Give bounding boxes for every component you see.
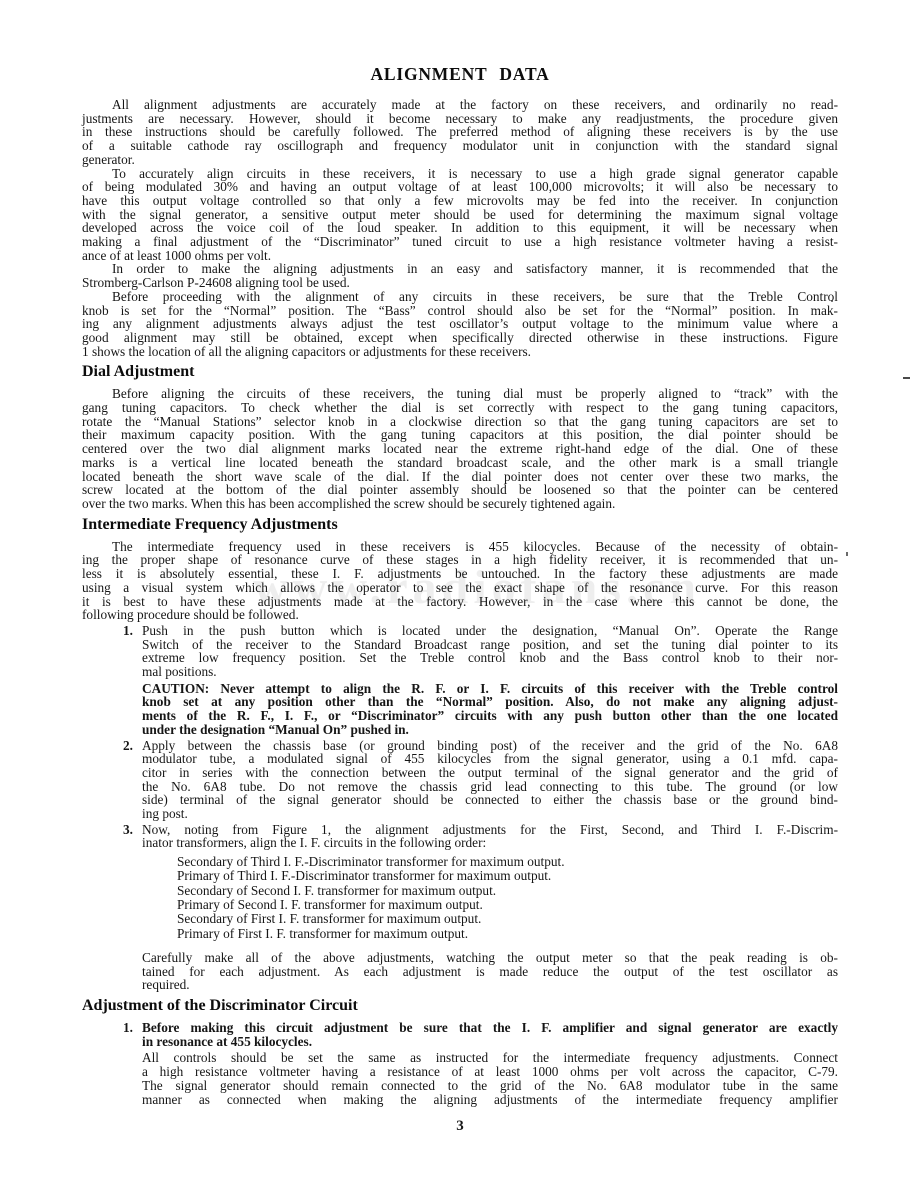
list-number: 2.	[123, 739, 133, 753]
numbered-item: 1.Push in the push button which is locat…	[82, 624, 838, 679]
text-line: over the two marks. When this has been a…	[82, 497, 838, 511]
text-line: the No. 6A8 tube. Do not remove the chas…	[142, 780, 838, 794]
text-line: Switch of the receiver to the Standard B…	[142, 638, 838, 652]
text-line: The intermediate frequency used in these…	[82, 540, 838, 554]
numbered-item: 2.Apply between the chassis base (or gro…	[82, 739, 838, 821]
text-line: their maximum capacity position. With th…	[82, 428, 838, 442]
text-line: All controls should be set the same as i…	[142, 1051, 838, 1065]
document-content: All alignment adjustments are accurately…	[82, 98, 838, 1106]
text-line: a high resistance voltmeter having a res…	[142, 1065, 838, 1079]
text-line: Now, noting from Figure 1, the alignment…	[142, 823, 838, 837]
text-line: required.	[142, 978, 838, 992]
text-line: Stromberg-Carlson P-24608 aligning tool …	[82, 276, 838, 290]
text-line: Secondary of Second I. F. transformer fo…	[177, 884, 838, 898]
text-line: ance of at least 1000 ohms per volt.	[82, 249, 838, 263]
text-line: mal positions.	[142, 665, 838, 679]
text-line: manner as connected when making the alig…	[142, 1093, 838, 1107]
text-line: ing any alignment adjustments always adj…	[82, 317, 838, 331]
text-line: CAUTION: Never attempt to align the R. F…	[142, 682, 838, 696]
numbered-item: 3.Now, noting from Figure 1, the alignme…	[82, 823, 838, 850]
paragraph: Before proceeding with the alignment of …	[82, 290, 838, 359]
text-line: developed across the voice coil of the l…	[82, 221, 838, 235]
section-heading: Intermediate Frequency Adjustments	[82, 516, 838, 534]
text-line: Before making this circuit adjustment be…	[142, 1021, 838, 1035]
section-heading: Adjustment of the Discriminator Circuit	[82, 997, 838, 1015]
text-line: located beneath the short wave scale of …	[82, 470, 838, 484]
text-line: gang tuning capacitors. To check whether…	[82, 401, 838, 415]
text-line: rotate the “Manual Stations” selector kn…	[82, 415, 838, 429]
text-line: Apply between the chassis base (or groun…	[142, 739, 838, 753]
text-line: Secondary of Third I. F.-Discriminator t…	[177, 855, 838, 869]
text-line: inator transformers, align the I. F. cir…	[142, 836, 838, 850]
text-line: ing the proper shape of resonance curve …	[82, 553, 838, 567]
list-number: 3.	[123, 823, 133, 837]
text-line: using a visual system which allows the o…	[82, 581, 838, 595]
text-line: Primary of Second I. F. transformer for …	[177, 898, 838, 912]
text-line: less it is absolutely essential, these I…	[82, 567, 838, 581]
text-line: in resonance at 455 kilocycles.	[142, 1035, 838, 1049]
alignment-order-list: Secondary of Third I. F.-Discriminator t…	[82, 855, 838, 941]
paragraph: To accurately align circuits in these re…	[82, 167, 838, 263]
text-line: All alignment adjustments are accurately…	[82, 98, 838, 112]
text-line: of a suitable cathode ray oscillograph a…	[82, 139, 838, 153]
list-number: 1.	[123, 624, 133, 638]
text-line: ing post.	[142, 807, 838, 821]
caution-note: CAUTION: Never attempt to align the R. F…	[82, 682, 838, 737]
paragraph: In order to make the aligning adjustment…	[82, 262, 838, 289]
text-line: screw located at the bottom of the dial …	[82, 483, 838, 497]
text-line: centered over the two dial alignment mar…	[82, 442, 838, 456]
paragraph: Before aligning the circuits of these re…	[82, 387, 838, 510]
text-line: making a final adjustment of the “Discri…	[82, 235, 838, 249]
text-line: Before aligning the circuits of these re…	[82, 387, 838, 401]
text-line: Primary of First I. F. transformer for m…	[177, 927, 838, 941]
text-line: To accurately align circuits in these re…	[82, 167, 838, 181]
text-line: in these instructions should be carefull…	[82, 125, 838, 139]
text-line: of being modulated 30% and having an out…	[82, 180, 838, 194]
text-line: with the signal generator, a sensitive o…	[82, 208, 838, 222]
text-line: generator.	[82, 153, 838, 167]
text-line: citor in series with the connection betw…	[142, 766, 838, 780]
paragraph: All alignment adjustments are accurately…	[82, 98, 838, 167]
text-line: extreme low frequency position. Set the …	[142, 651, 838, 665]
scan-speck	[903, 377, 910, 379]
text-line: under the designation “Manual On” pushed…	[142, 723, 838, 737]
text-line: justments are necessary. However, should…	[82, 112, 838, 126]
text-line: Before proceeding with the alignment of …	[82, 290, 838, 304]
page-title: ALIGNMENT DATA	[82, 64, 838, 84]
list-number: 1.	[123, 1021, 133, 1035]
text-line: Push in the push button which is located…	[142, 624, 838, 638]
scan-speck	[846, 552, 848, 556]
text-line: tained for each adjustment. As each adju…	[142, 965, 838, 979]
text-line: following procedure should be followed.	[82, 608, 838, 622]
text-line: The signal generator should remain conne…	[142, 1079, 838, 1093]
text-line: have this output voltage controlled so t…	[82, 194, 838, 208]
text-line: knob is set for the “Normal” position. T…	[82, 304, 838, 318]
paragraph: The intermediate frequency used in these…	[82, 540, 838, 622]
text-line: side) terminal of the signal generator s…	[142, 793, 838, 807]
text-line: modulator tube, a modulated signal of 45…	[142, 752, 838, 766]
document-page: ALIGNMENT DATA All alignment adjustments…	[0, 0, 920, 1190]
text-line: In order to make the aligning adjustment…	[82, 262, 838, 276]
text-line: marks is a vertical line located beneath…	[82, 456, 838, 470]
text-line: Primary of Third I. F.-Discriminator tra…	[177, 869, 838, 883]
paragraph: Carefully make all of the above adjustme…	[82, 951, 838, 992]
text-line: 1 shows the location of all the aligning…	[82, 345, 838, 359]
paragraph: All controls should be set the same as i…	[82, 1051, 838, 1106]
page-number: 3	[0, 1118, 920, 1135]
numbered-item: 1.Before making this circuit adjustment …	[82, 1021, 838, 1048]
text-line: good alignment may still be obtained, ex…	[82, 331, 838, 345]
section-heading: Dial Adjustment	[82, 363, 838, 381]
text-line: Secondary of First I. F. transformer for…	[177, 912, 838, 926]
text-line: ments of the R. F., I. F., or “Discrimin…	[142, 709, 838, 723]
text-line: Carefully make all of the above adjustme…	[142, 951, 838, 965]
text-line: it is best to have these adjustments mad…	[82, 595, 838, 609]
text-line: knob set at any position other than the …	[142, 695, 838, 709]
